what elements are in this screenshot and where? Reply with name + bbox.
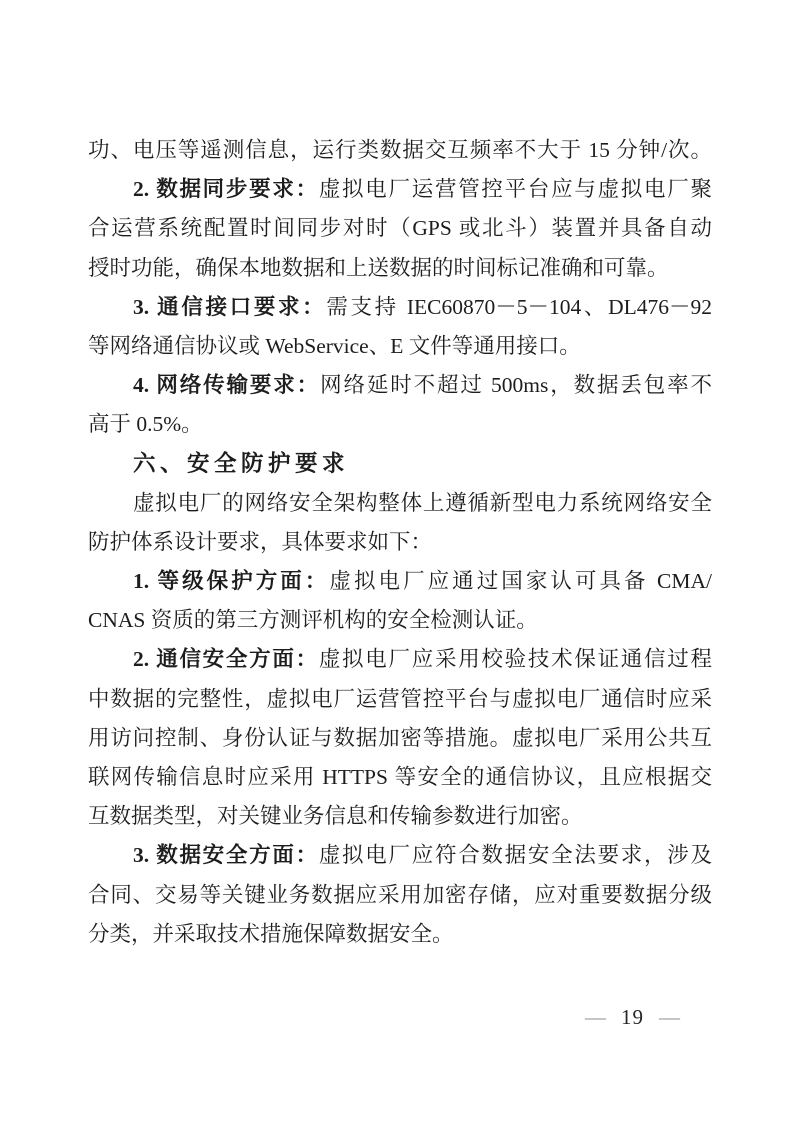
line-text: 中数据的完整性，虚拟电厂运营管控平台与虚拟电厂通信时应采 — [88, 687, 712, 711]
heading-text: 六、安全防护要求 — [133, 451, 349, 477]
document-page: 功、电压等遥测信息，运行类数据交互频率不大于 15 分钟/次。 2. 数据同步要… — [0, 0, 800, 1131]
text-block: 功、电压等遥测信息，运行类数据交互频率不大于 15 分钟/次。 2. 数据同步要… — [88, 131, 712, 954]
text-line: 4. 网络传输要求：网络延时不超过 500ms，数据丢包率不 — [88, 366, 712, 405]
line-text: 分类，并采取技术措施保障数据安全。 — [88, 922, 454, 946]
line-text: 授时功能，确保本地数据和上送数据的时间标记准确和可靠。 — [88, 256, 669, 280]
line-text: 高于 0.5%。 — [88, 412, 203, 436]
text-line: CNAS 资质的第三方测评机构的安全检测认证。 — [88, 601, 712, 640]
line-text: 合同、交易等关键业务数据应采用加密存储，应对重要数据分级 — [88, 883, 712, 907]
line-text: CNAS 资质的第三方测评机构的安全检测认证。 — [88, 608, 538, 632]
text-line: 合同、交易等关键业务数据应采用加密存储，应对重要数据分级 — [88, 876, 712, 915]
text-line: 虚拟电厂的网络安全架构整体上遵循新型电力系统网络安全 — [88, 484, 712, 523]
line-text: 虚拟电厂应采用校验技术保证通信过程 — [319, 647, 712, 671]
text-line: 2. 数据同步要求：虚拟电厂运营管控平台应与虚拟电厂聚 — [88, 170, 712, 209]
text-line: 高于 0.5%。 — [88, 405, 712, 444]
text-line: 分类，并采取技术措施保障数据安全。 — [88, 915, 712, 954]
line-text: 用访问控制、身份认证与数据加密等措施。虚拟电厂采用公共互 — [88, 726, 712, 750]
line-text: 联网传输信息时应采用 HTTPS 等安全的通信协议，且应根据交 — [88, 765, 712, 789]
text-line: 2. 通信安全方面：虚拟电厂应采用校验技术保证通信过程 — [88, 640, 712, 679]
item-label-level-protection: 1. 等级保护方面： — [133, 569, 329, 593]
item-label-data-sync: 2. 数据同步要求： — [133, 177, 319, 201]
item-label-comm-security: 2. 通信安全方面： — [133, 647, 319, 671]
line-text: 虚拟电厂运营管控平台应与虚拟电厂聚 — [319, 177, 712, 201]
text-line: 3. 通信接口要求：需支持 IEC60870－5－104、DL476－92 — [88, 288, 712, 327]
line-text: 虚拟电厂应符合数据安全法要求，涉及 — [319, 843, 712, 867]
item-label-data-security: 3. 数据安全方面： — [133, 843, 319, 867]
text-line: 功、电压等遥测信息，运行类数据交互频率不大于 15 分钟/次。 — [88, 131, 712, 170]
item-label-comm-interface: 3. 通信接口要求： — [133, 295, 326, 319]
line-text: 等网络通信协议或 WebService、E 文件等通用接口。 — [88, 334, 581, 358]
text-line: 授时功能，确保本地数据和上送数据的时间标记准确和可靠。 — [88, 249, 712, 288]
page-number: 19 — [621, 1003, 644, 1031]
text-line: 防护体系设计要求，具体要求如下： — [88, 523, 712, 562]
text-line: 联网传输信息时应采用 HTTPS 等安全的通信协议，且应根据交 — [88, 758, 712, 797]
text-line: 合运营系统配置时间同步对时（GPS 或北斗）装置并具备自动 — [88, 209, 712, 248]
page-footer: — 19 — — [585, 1003, 680, 1031]
line-text: 功、电压等遥测信息，运行类数据交互频率不大于 15 分钟/次。 — [88, 138, 712, 162]
item-label-network-transfer: 4. 网络传输要求： — [133, 373, 320, 397]
line-text: 虚拟电厂应通过国家认可具备 CMA/ — [329, 569, 712, 593]
text-line: 3. 数据安全方面：虚拟电厂应符合数据安全法要求，涉及 — [88, 836, 712, 875]
line-text: 需支持 IEC60870－5－104、DL476－92 — [326, 295, 712, 319]
line-text: 互数据类型，对关键业务信息和传输参数进行加密。 — [88, 804, 583, 828]
line-text: 合运营系统配置时间同步对时（GPS 或北斗）装置并具备自动 — [88, 216, 712, 240]
footer-right-dash: — — [659, 1003, 680, 1031]
text-line: 互数据类型，对关键业务信息和传输参数进行加密。 — [88, 797, 712, 836]
text-line: 用访问控制、身份认证与数据加密等措施。虚拟电厂采用公共互 — [88, 719, 712, 758]
text-line: 等网络通信协议或 WebService、E 文件等通用接口。 — [88, 327, 712, 366]
text-line: 1. 等级保护方面：虚拟电厂应通过国家认可具备 CMA/ — [88, 562, 712, 601]
section-heading-security: 六、安全防护要求 — [88, 445, 712, 484]
line-text: 网络延时不超过 500ms，数据丢包率不 — [320, 373, 712, 397]
line-text: 虚拟电厂的网络安全架构整体上遵循新型电力系统网络安全 — [133, 491, 712, 515]
text-line: 中数据的完整性，虚拟电厂运营管控平台与虚拟电厂通信时应采 — [88, 680, 712, 719]
line-text: 防护体系设计要求，具体要求如下： — [88, 530, 432, 554]
footer-left-dash: — — [585, 1003, 606, 1031]
